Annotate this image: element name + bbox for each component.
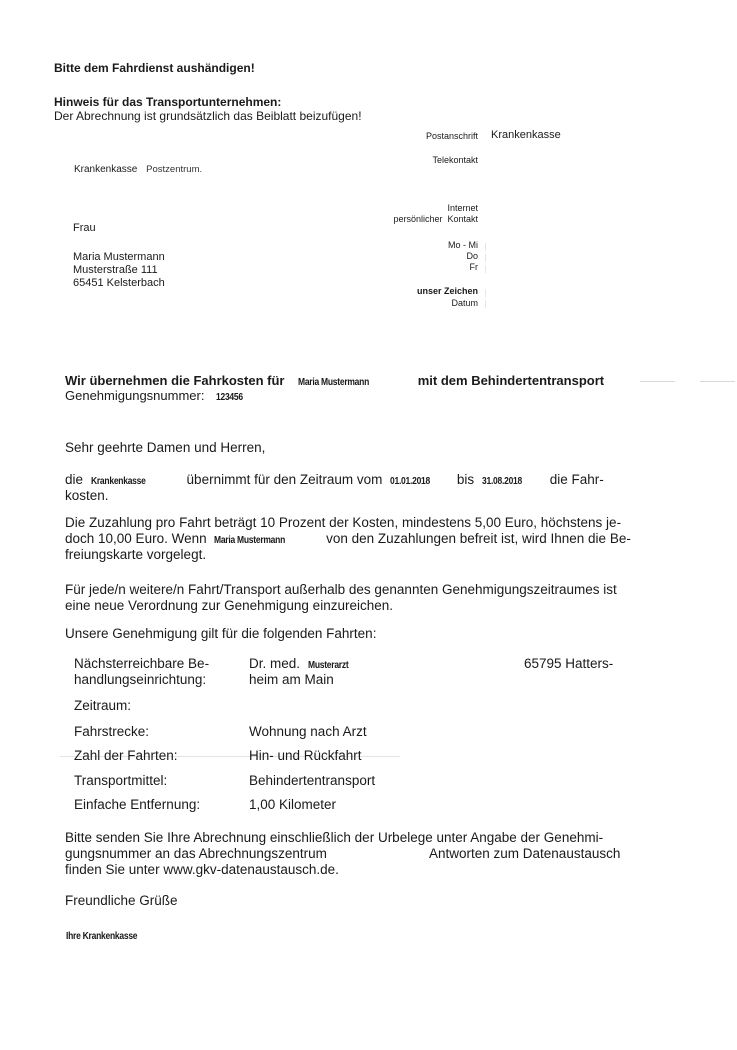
date-to: 31.08.2018	[482, 474, 531, 490]
recipient-city: 65451 Kelsterbach	[73, 277, 165, 289]
detail-label-distance: Einfache Entfernung:	[74, 797, 200, 813]
date-from: 01.01.2018	[390, 474, 437, 490]
reference-label: unser Zeichen	[360, 286, 478, 296]
p1-text: die Fahr-	[550, 472, 604, 487]
sender-dept: Postzentrum.	[146, 164, 202, 175]
subject-person: Maria Mustermann	[298, 377, 383, 388]
signature-text: Ihre Krankenkasse	[66, 931, 137, 942]
p2-line-2: doch 10,00 Euro. Wenn Maria Mustermann v…	[65, 531, 631, 546]
postal-label: Postanschrift	[380, 131, 478, 141]
scan-artifact	[640, 381, 675, 382]
personal-contact-label: persönlicher Kontakt	[340, 214, 478, 224]
p2-person: Maria Mustermann	[214, 535, 308, 546]
closing-line-2a: gungsnummer an das Abrechnungszentrum	[65, 846, 327, 861]
detail-value-transport: Behindertentransport	[249, 773, 375, 789]
recipient-name: Maria Mustermann	[73, 251, 165, 263]
facility-label-1: Nächsterreichbare Be-	[74, 656, 209, 672]
closing-line-2b: Antworten zum Datenaustausch	[429, 846, 620, 861]
recipient-salutation: Frau	[73, 222, 96, 234]
postal-value: Krankenkasse	[491, 129, 561, 141]
scan-artifact	[485, 289, 486, 297]
p3-line-1: Für jede/n weitere/n Fahrt/Transport auß…	[65, 582, 617, 597]
subject-line: Wir übernehmen die Fahrkosten für Maria …	[65, 373, 604, 388]
regards: Freundliche Grüße	[65, 893, 178, 908]
facility-prefix: Dr. med.	[249, 656, 300, 671]
date-label: Datum	[380, 298, 478, 308]
handover-notice: Bitte dem Fahrdienst aushändigen!	[54, 61, 255, 75]
approval-number: 123456	[216, 392, 243, 403]
scan-artifact	[485, 254, 486, 262]
sender-line: Krankenkasse Postzentrum.	[74, 164, 202, 175]
scan-artifact	[485, 265, 486, 273]
p4-intro: Unsere Genehmigung gilt für die folgende…	[65, 626, 376, 641]
p2-line-1: Die Zuzahlung pro Fahrt beträgt 10 Proze…	[65, 515, 621, 530]
facility-city-2: heim am Main	[249, 672, 334, 688]
facility-label-2: handlungseinrichtung:	[74, 672, 206, 688]
approval-line: Genehmigungsnummer: 123456	[65, 388, 248, 403]
scan-artifact	[700, 381, 735, 382]
p2-line-3: freiungskarte vorgelegt.	[65, 547, 206, 562]
p1-text: übernimmt für den Zeitraum vom	[187, 472, 383, 487]
hint-title: Hinweis für das Transportunternehmen:	[54, 95, 281, 109]
scan-artifact	[485, 300, 486, 308]
subject-suffix: mit dem Behindertentransport	[418, 373, 604, 388]
detail-label-route: Fahrstrecke:	[74, 724, 149, 740]
p1-text: bis	[457, 472, 474, 487]
signature: Ihre Krankenkasse	[66, 926, 150, 944]
sender-name: Krankenkasse	[74, 164, 137, 175]
p3-line-2: eine neue Verordnung zur Genehmigung ein…	[65, 598, 393, 613]
closing-line-3: finden Sie unter www.gkv-datenaustausch.…	[65, 862, 339, 877]
do-label: Do	[380, 251, 478, 261]
detail-label-period: Zeitraum:	[74, 698, 131, 714]
detail-value-route: Wohnung nach Arzt	[249, 724, 367, 740]
detail-label-trips: Zahl der Fahrten:	[74, 748, 178, 764]
greeting: Sehr geehrte Damen und Herren,	[65, 440, 265, 455]
recipient-street: Musterstraße 111	[73, 264, 158, 276]
p2-text: doch 10,00 Euro. Wenn	[65, 531, 207, 546]
detail-value-trips: Hin- und Rückfahrt	[249, 748, 362, 764]
internet-label: Internet	[360, 203, 478, 213]
p1-text-cont: kosten.	[65, 488, 109, 503]
subject-prefix: Wir übernehmen die Fahrkosten für	[65, 373, 284, 388]
detail-label-transport: Transportmittel:	[74, 773, 167, 789]
approval-label: Genehmigungsnummer:	[65, 388, 204, 403]
p2-text: von den Zuzahlungen befreit ist, wird Ih…	[326, 531, 631, 546]
telecontact-label: Telekontakt	[380, 155, 478, 165]
paragraph-coverage: die Krankenkasse übernimmt für den Zeitr…	[65, 472, 604, 490]
hint-text: Der Abrechnung ist grundsätzlich das Bei…	[54, 109, 362, 123]
mo-mi-label: Mo - Mi	[380, 240, 478, 250]
p1-text: die	[65, 472, 83, 487]
fr-label: Fr	[380, 262, 478, 272]
closing-line-1: Bitte senden Sie Ihre Abrechnung einschl…	[65, 830, 603, 845]
facility-city-1: 65795 Hatters-	[524, 656, 613, 671]
detail-value-distance: 1,00 Kilometer	[249, 797, 336, 813]
scan-artifact	[485, 243, 486, 251]
